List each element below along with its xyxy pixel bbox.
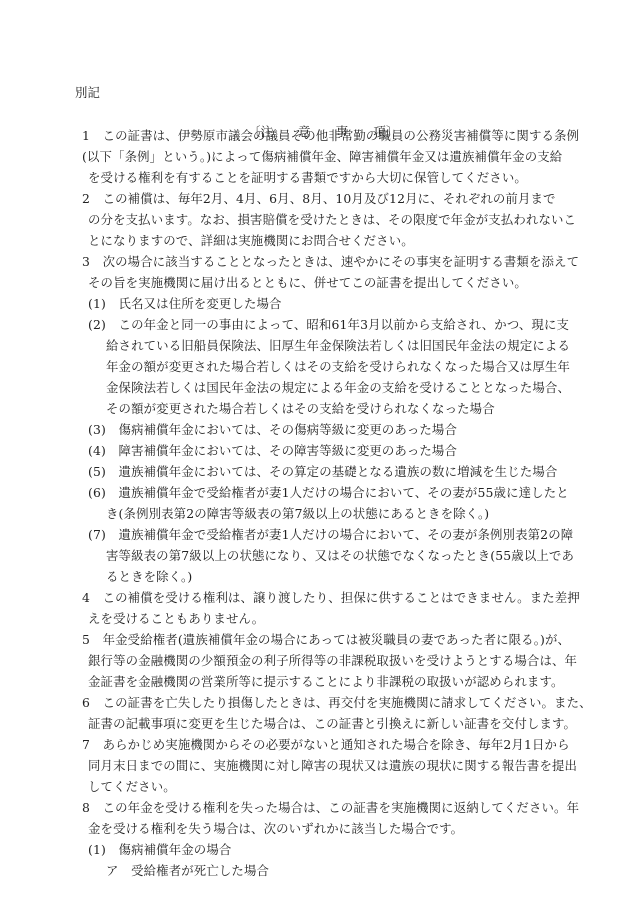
text-line: 3 次の場合に該当することとなったときは、速やかにその事実を証明する書類を添えて <box>82 254 579 270</box>
text-line: 6 この証書を亡失したり損傷したときは、再交付を実施機関に請求してください。また… <box>82 695 592 711</box>
text-line: とになりますので、詳細は実施機関にお問合せください。 <box>88 233 414 249</box>
text-line: 金保険法若しくは国民年金法の規定による年金の支給を受けることとなった場合、 <box>106 380 570 396</box>
text-line: してください。 <box>88 779 176 795</box>
text-line: るときを除く。) <box>106 569 192 585</box>
text-line: (3) 傷病補償年金においては、その傷病等級に変更のあった場合 <box>88 422 457 438</box>
document-page: 別記 〔注 意 事 項〕 1 この証書は、伊勢原市議会の議員その他非常勤の職員の… <box>0 0 630 915</box>
text-line: 4 この補償を受ける権利は、譲り渡したり、担保に供することはできません。また差押 <box>82 590 580 606</box>
text-line: (2) この年金と同一の事由によって、昭和61年3月以前から支給され、かつ、現に… <box>88 317 569 333</box>
text-line: 5 年金受給権者(遺族補償年金の場合にあっては被災職員の妻であった者に限る。)が… <box>82 632 570 648</box>
text-line: 害等級表の第7級以上の状態になり、又はその状態でなくなったとき(55歳以上であ <box>106 548 574 564</box>
text-line: 証書の記載事項に変更を生じた場合は、この証書と引換えに新しい証書を交付します。 <box>88 716 576 732</box>
text-line: 給されている旧船員保険法、旧厚生年金保険法若しくは旧国民年金法の規定による <box>106 338 570 354</box>
text-line: えを受けることもありません。 <box>88 611 264 627</box>
text-line: 銀行等の金融機関の少額預金の利子所得等の非課税取扱いを受けようとする場合は、年 <box>88 653 577 669</box>
text-line: き(条例別表第2の障害等級表の第7級以上の状態にあるときを除く。) <box>106 506 489 522</box>
text-line: 2 この補償は、毎年2月、4月、6月、8月、10月及び12月に、それぞれの前月ま… <box>82 191 556 207</box>
text-line: の分を支払います。なお、損害賠償を受けたときは、その限度で年金が支払われないこ <box>88 212 576 228</box>
text-line: (4) 障害補償年金においては、その障害等級に変更のあった場合 <box>88 443 457 459</box>
text-line: 年金の額が変更された場合若しくはその支給を受けられなくなった場合又は厚生年 <box>106 359 570 375</box>
text-line: (5) 遺族補償年金においては、その算定の基礎となる遺族の数に増減を生じた場合 <box>88 464 557 480</box>
appendix-label: 別記 <box>75 85 100 101</box>
text-line: 8 この年金を受ける権利を失った場合は、この証書を実施機関に返納してください。年 <box>82 800 579 816</box>
text-line: その旨を実施機関に届け出るとともに、併せてこの証書を提出してください。 <box>88 275 527 291</box>
text-line: 同月末日までの間に、実施機関に対し障害の現状又は遺族の現状に関する報告書を提出 <box>88 758 577 774</box>
text-line: (以下「条例」という。)によって傷病補償年金、障害補償年金又は遺族補償年金の支給 <box>82 149 562 165</box>
text-line: (7) 遺族補償年金で受給権者が妻1人だけの場合において、その妻が条例別表第2の… <box>88 527 573 543</box>
text-line: その額が変更された場合若しくはその支給を受けられなくなった場合 <box>106 401 495 417</box>
text-line: (1) 氏名又は住所を変更した場合 <box>88 296 282 312</box>
text-line: 金証書を金融機関の営業所等に提示することにより非課税の取扱いが認められます。 <box>88 674 564 690</box>
text-line: 金を受ける権利を失う場合は、次のいずれかに該当した場合です。 <box>88 821 463 837</box>
text-line: ア 受給権者が死亡した場合 <box>106 863 269 879</box>
text-line: 1 この証書は、伊勢原市議会の議員その他非常勤の職員の公務災害補償等に関する条例 <box>82 128 579 144</box>
text-line: 7 あらかじめ実施機関からその必要がないと通知された場合を除き、毎年2月1日から <box>82 737 570 753</box>
text-line: を受ける権利を有することを証明する書類ですから大切に保管してください。 <box>88 170 527 186</box>
text-line: (6) 遺族補償年金で受給権者が妻1人だけの場合において、その妻が55歳に達した… <box>88 485 569 501</box>
text-line: (1) 傷病補償年金の場合 <box>88 842 231 858</box>
